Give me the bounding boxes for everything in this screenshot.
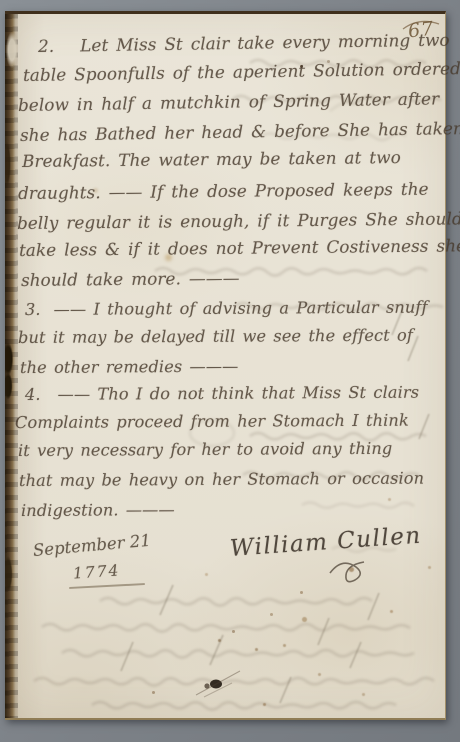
dateline-year: 1774 [72, 561, 121, 582]
manuscript-line: 4.—— Tho I do not think that Miss St cla… [25, 382, 419, 406]
line-text: but it may be delayed till we see the ef… [18, 326, 413, 347]
manuscript-line: it very necessary for her to avoid any t… [18, 438, 392, 462]
line-text: Let Miss St clair take every morning two [80, 30, 450, 56]
line-text: draughts. —— If the dose Proposed keeps … [18, 179, 429, 203]
fox-spots [5, 14, 8, 17]
line-text: the other remedies ——— [20, 357, 239, 377]
manuscript-line: table Spoonfulls of the aperient Solutio… [23, 57, 460, 86]
line-text: table Spoonfulls of the aperient Solutio… [23, 58, 460, 85]
manuscript-photo: 67 2.Let Miss St clair take every mornin… [0, 0, 460, 742]
ink-blot [196, 671, 240, 697]
manuscript-line: the other remedies ——— [20, 356, 239, 379]
dateline-month-day: September 21 [32, 531, 151, 560]
manuscript-line: she has Bathed her head & before She has… [20, 117, 460, 146]
line-text: —— I thought of advising a Particular sn… [54, 298, 428, 319]
item-number: 2. [38, 35, 55, 57]
manuscript-line: Breakfast. The water may be taken at two [22, 146, 401, 172]
signature: William Cullen [229, 523, 422, 562]
manuscript-line: draughts. —— If the dose Proposed keeps … [18, 178, 429, 204]
item-number: 3. [25, 299, 41, 321]
manuscript-line: indigestion. ——— [21, 499, 175, 522]
line-text: it very necessary for her to avoid any t… [18, 439, 392, 460]
line-text: indigestion. ——— [21, 500, 175, 520]
manuscript-line: that may be heavy on her Stomach or occa… [19, 468, 424, 492]
manuscript-line: 2.Let Miss St clair take every morning t… [38, 29, 450, 57]
manuscript-line: 3.—— I thought of advising a Particular … [25, 297, 428, 321]
line-text: belly regular it is enough, if it Purges… [17, 208, 460, 233]
manuscript-line: below in half a mutchkin of Spring Water… [18, 87, 440, 116]
paper-sheet: 67 2.Let Miss St clair take every mornin… [5, 11, 446, 720]
signature-flourish [330, 562, 364, 582]
line-text: she has Bathed her head & before She has… [20, 118, 460, 145]
manuscript-line: but it may be delayed till we see the ef… [18, 325, 413, 349]
binding-edge [5, 14, 18, 718]
manuscript-line: should take more. ——— [21, 267, 240, 291]
year-underline [69, 583, 145, 589]
line-text: take less & if it does not Prevent Costi… [19, 235, 460, 260]
line-text: should take more. ——— [21, 268, 240, 290]
manuscript-line: Complaints proceed from her Stomach I th… [15, 410, 409, 434]
line-text: —— Tho I do not think that Miss St clair… [58, 383, 420, 404]
line-text: below in half a mutchkin of Spring Water… [18, 88, 440, 115]
manuscript-line: belly regular it is enough, if it Purges… [17, 207, 460, 234]
line-text: Breakfast. The water may be taken at two [22, 147, 401, 171]
item-number: 4. [25, 384, 41, 406]
manuscript-line: take less & if it does not Prevent Costi… [19, 234, 460, 261]
line-text: Complaints proceed from her Stomach I th… [15, 411, 409, 432]
line-text: that may be heavy on her Stomach or occa… [19, 469, 424, 490]
